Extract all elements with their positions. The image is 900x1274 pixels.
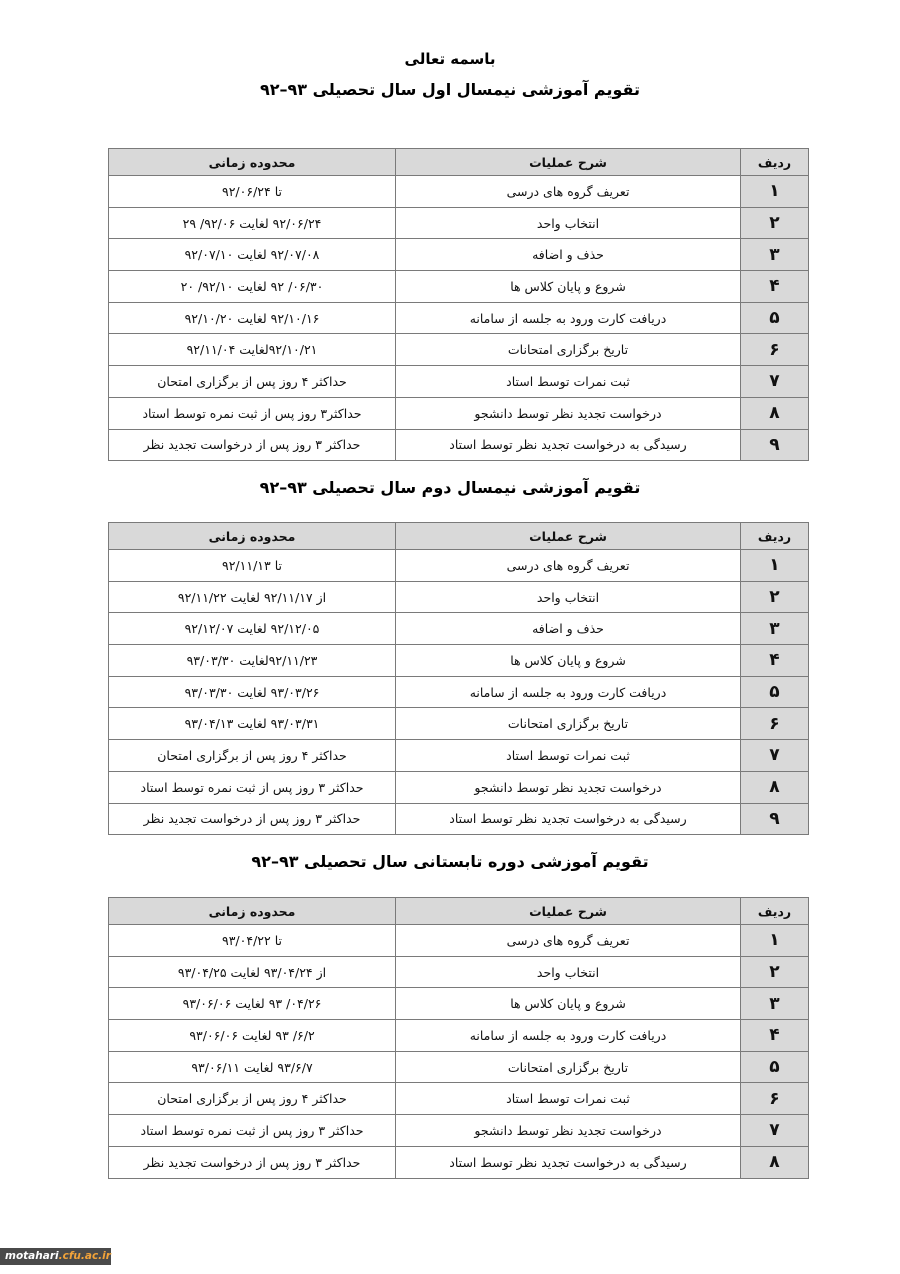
row-number: ۹ (741, 803, 809, 835)
table-row: ۱تعریف گروه های درسیتا ۹۲/۰۶/۲۴ (109, 176, 809, 208)
table-row: ۱تعریف گروه های درسیتا ۹۳/۰۴/۲۲ (109, 925, 809, 957)
row-number: ۳ (741, 239, 809, 271)
row-number: ۱ (741, 925, 809, 957)
row-number: ۷ (741, 1115, 809, 1147)
row-number: ۲ (741, 207, 809, 239)
row-description: انتخاب واحد (396, 581, 741, 613)
table-row: ۵دریافت کارت ورود به جلسه از سامانه۹۳/۰۳… (109, 676, 809, 708)
row-description: ثبت نمرات توسط استاد (396, 740, 741, 772)
table-row: ۶تاریخ برگزاری امتحانات۹۲/۱۰/۲۱لغایت ۹۲/… (109, 334, 809, 366)
table-body: ۱تعریف گروه های درسیتا ۹۳/۰۴/۲۲۲انتخاب و… (109, 925, 809, 1179)
row-number: ۲ (741, 956, 809, 988)
table-header-row: ردیف شرح عملیات محدوده زمانی (109, 149, 809, 176)
row-time-range: حداکثر ۳ روز پس از ثبت نمره توسط استاد (109, 1115, 396, 1147)
row-description: شروع و پایان کلاس ها (396, 645, 741, 677)
row-time-range: ۰۴/۲۶/ ۹۳ لغایت ۹۳/۰۶/۰۶ (109, 988, 396, 1020)
table-row: ۶تاریخ برگزاری امتحانات۹۳/۰۳/۳۱ لغایت ۹۳… (109, 708, 809, 740)
row-number: ۵ (741, 1051, 809, 1083)
row-time-range: از ۹۲/۱۱/۱۷ لغایت ۹۲/۱۱/۲۲ (109, 581, 396, 613)
table-row: ۱تعریف گروه های درسیتا ۹۲/۱۱/۱۳ (109, 550, 809, 582)
table-row: ۷ثبت نمرات توسط استادحداکثر ۴ روز پس از … (109, 366, 809, 398)
row-time-range: ۹۲/۰۶/۲۴ لغایت ۹۲/۰۶/ ۲۹ (109, 207, 396, 239)
bismillah-heading: باسمه تعالی (0, 50, 900, 68)
table-row: ۶ثبت نمرات توسط استادحداکثر ۴ روز پس از … (109, 1083, 809, 1115)
table-row: ۴شروع و پایان کلاس ها۰۶/۳۰/ ۹۲ لغایت ۹۲/… (109, 271, 809, 303)
table-header-row: ردیف شرح عملیات محدوده زمانی (109, 898, 809, 925)
row-number: ۳ (741, 988, 809, 1020)
row-number: ۶ (741, 1083, 809, 1115)
table-row: ۳حذف و اضافه۹۲/۰۷/۰۸ لغایت ۹۲/۰۷/۱۰ (109, 239, 809, 271)
row-number: ۶ (741, 334, 809, 366)
column-header-time-range: محدوده زمانی (109, 149, 396, 176)
row-time-range: تا ۹۲/۰۶/۲۴ (109, 176, 396, 208)
section-title-semester-2: تقویم آموزشی نیمسال دوم سال تحصیلی ۹۳–۹۲ (0, 478, 900, 497)
row-description: دریافت کارت ورود به جلسه از سامانه (396, 302, 741, 334)
row-description: انتخاب واحد (396, 207, 741, 239)
column-header-description: شرح عملیات (396, 149, 741, 176)
row-description: رسیدگی به درخواست تجدید نظر توسط استاد (396, 803, 741, 835)
table-row: ۸رسیدگی به درخواست تجدید نظر توسط استادح… (109, 1146, 809, 1178)
row-number: ۱ (741, 176, 809, 208)
row-description: تاریخ برگزاری امتحانات (396, 1051, 741, 1083)
row-number: ۷ (741, 740, 809, 772)
table-row: ۵تاریخ برگزاری امتحانات۹۳/۶/۷ لغایت ۹۳/۰… (109, 1051, 809, 1083)
table-row: ۲انتخاب واحداز ۹۳/۰۴/۲۴ لغایت ۹۳/۰۴/۲۵ (109, 956, 809, 988)
row-number: ۸ (741, 1146, 809, 1178)
row-description: شروع و پایان کلاس ها (396, 988, 741, 1020)
column-header-radif: ردیف (741, 898, 809, 925)
row-description: درخواست تجدید نظر توسط دانشجو (396, 397, 741, 429)
section-title-summer: تقویم آموزشی دوره تابستانی سال تحصیلی ۹۳… (0, 852, 900, 871)
column-header-description: شرح عملیات (396, 898, 741, 925)
row-description: رسیدگی به درخواست تجدید نظر توسط استاد (396, 429, 741, 461)
column-header-description: شرح عملیات (396, 523, 741, 550)
table-header-row: ردیف شرح عملیات محدوده زمانی (109, 523, 809, 550)
row-number: ۱ (741, 550, 809, 582)
section-title-semester-1: تقویم آموزشی نیمسال اول سال تحصیلی ۹۳–۹۲ (0, 80, 900, 99)
row-time-range: ۹۲/۱۰/۱۶ لغایت ۹۲/۱۰/۲۰ (109, 302, 396, 334)
row-number: ۸ (741, 771, 809, 803)
row-number: ۷ (741, 366, 809, 398)
row-number: ۵ (741, 302, 809, 334)
table-body: ۱تعریف گروه های درسیتا ۹۲/۰۶/۲۴۲انتخاب و… (109, 176, 809, 461)
site-watermark-link[interactable]: motahari.cfu.ac.ir (0, 1248, 111, 1265)
row-number: ۵ (741, 676, 809, 708)
table-body: ۱تعریف گروه های درسیتا ۹۲/۱۱/۱۳۲انتخاب و… (109, 550, 809, 835)
table-row: ۹رسیدگی به درخواست تجدید نظر توسط استادح… (109, 429, 809, 461)
column-header-time-range: محدوده زمانی (109, 523, 396, 550)
row-description: حذف و اضافه (396, 613, 741, 645)
row-number: ۴ (741, 271, 809, 303)
row-description: دریافت کارت ورود به جلسه از سامانه (396, 1020, 741, 1052)
row-description: ثبت نمرات توسط استاد (396, 1083, 741, 1115)
row-time-range: ۹۲/۱۰/۲۱لغایت ۹۲/۱۱/۰۴ (109, 334, 396, 366)
table-row: ۷ثبت نمرات توسط استادحداکثر ۴ روز پس از … (109, 740, 809, 772)
row-time-range: حداکثر۳ روز پس از ثبت نمره توسط استاد (109, 397, 396, 429)
row-time-range: تا ۹۳/۰۴/۲۲ (109, 925, 396, 957)
row-description: تعریف گروه های درسی (396, 550, 741, 582)
row-time-range: ۹۲/۱۱/۲۳لغایت ۹۳/۰۳/۳۰ (109, 645, 396, 677)
row-description: تعریف گروه های درسی (396, 176, 741, 208)
row-description: درخواست تجدید نظر توسط دانشجو (396, 1115, 741, 1147)
table-row: ۸درخواست تجدید نظر توسط دانشجوحداکثر ۳ ر… (109, 771, 809, 803)
row-time-range: حداکثر ۴ روز پس از برگزاری امتحان (109, 366, 396, 398)
row-number: ۸ (741, 397, 809, 429)
row-description: انتخاب واحد (396, 956, 741, 988)
watermark-domain-suffix: .cfu.ac.ir (59, 1250, 111, 1262)
row-time-range: تا ۹۲/۱۱/۱۳ (109, 550, 396, 582)
column-header-radif: ردیف (741, 523, 809, 550)
row-time-range: ۹۲/۰۷/۰۸ لغایت ۹۲/۰۷/۱۰ (109, 239, 396, 271)
calendar-table-semester-1: ردیف شرح عملیات محدوده زمانی ۱تعریف گروه… (108, 148, 809, 461)
row-time-range: ۹۳/۶/۷ لغایت ۹۳/۰۶/۱۱ (109, 1051, 396, 1083)
calendar-table-semester-2: ردیف شرح عملیات محدوده زمانی ۱تعریف گروه… (108, 522, 809, 835)
table-row: ۳شروع و پایان کلاس ها۰۴/۲۶/ ۹۳ لغایت ۹۳/… (109, 988, 809, 1020)
row-number: ۹ (741, 429, 809, 461)
row-time-range: ۰۶/۳۰/ ۹۲ لغایت ۹۲/۱۰/ ۲۰ (109, 271, 396, 303)
row-time-range: حداکثر ۴ روز پس از برگزاری امتحان (109, 1083, 396, 1115)
row-description: دریافت کارت ورود به جلسه از سامانه (396, 676, 741, 708)
row-description: حذف و اضافه (396, 239, 741, 271)
row-description: شروع و پایان کلاس ها (396, 271, 741, 303)
row-time-range: حداکثر ۳ روز پس از درخواست تجدید نظر (109, 803, 396, 835)
calendar-table-summer: ردیف شرح عملیات محدوده زمانی ۱تعریف گروه… (108, 897, 809, 1179)
table-row: ۹رسیدگی به درخواست تجدید نظر توسط استادح… (109, 803, 809, 835)
row-number: ۴ (741, 1020, 809, 1052)
row-description: رسیدگی به درخواست تجدید نظر توسط استاد (396, 1146, 741, 1178)
row-time-range: حداکثر ۳ روز پس از درخواست تجدید نظر (109, 1146, 396, 1178)
row-description: ثبت نمرات توسط استاد (396, 366, 741, 398)
row-description: تعریف گروه های درسی (396, 925, 741, 957)
table-row: ۸درخواست تجدید نظر توسط دانشجوحداکثر۳ رو… (109, 397, 809, 429)
row-number: ۳ (741, 613, 809, 645)
row-time-range: حداکثر ۳ روز پس از ثبت نمره توسط استاد (109, 771, 396, 803)
table-row: ۷درخواست تجدید نظر توسط دانشجوحداکثر ۳ ر… (109, 1115, 809, 1147)
row-number: ۶ (741, 708, 809, 740)
watermark-domain-name: motahari (5, 1250, 59, 1262)
row-number: ۲ (741, 581, 809, 613)
column-header-radif: ردیف (741, 149, 809, 176)
table-row: ۴دریافت کارت ورود به جلسه از سامانه۶/۲/ … (109, 1020, 809, 1052)
row-time-range: از ۹۳/۰۴/۲۴ لغایت ۹۳/۰۴/۲۵ (109, 956, 396, 988)
table-row: ۴شروع و پایان کلاس ها۹۲/۱۱/۲۳لغایت ۹۳/۰۳… (109, 645, 809, 677)
row-description: تاریخ برگزاری امتحانات (396, 334, 741, 366)
column-header-time-range: محدوده زمانی (109, 898, 396, 925)
row-time-range: ۹۳/۰۳/۲۶ لغایت ۹۳/۰۳/۳۰ (109, 676, 396, 708)
row-time-range: حداکثر ۴ روز پس از برگزاری امتحان (109, 740, 396, 772)
row-number: ۴ (741, 645, 809, 677)
table-row: ۳حذف و اضافه۹۲/۱۲/۰۵ لغایت ۹۲/۱۲/۰۷ (109, 613, 809, 645)
row-description: درخواست تجدید نظر توسط دانشجو (396, 771, 741, 803)
row-description: تاریخ برگزاری امتحانات (396, 708, 741, 740)
row-time-range: ۹۲/۱۲/۰۵ لغایت ۹۲/۱۲/۰۷ (109, 613, 396, 645)
row-time-range: ۶/۲/ ۹۳ لغایت ۹۳/۰۶/۰۶ (109, 1020, 396, 1052)
row-time-range: ۹۳/۰۳/۳۱ لغایت ۹۳/۰۴/۱۳ (109, 708, 396, 740)
row-time-range: حداکثر ۳ روز پس از درخواست تجدید نظر (109, 429, 396, 461)
table-row: ۲انتخاب واحداز ۹۲/۱۱/۱۷ لغایت ۹۲/۱۱/۲۲ (109, 581, 809, 613)
table-row: ۲انتخاب واحد۹۲/۰۶/۲۴ لغایت ۹۲/۰۶/ ۲۹ (109, 207, 809, 239)
table-row: ۵دریافت کارت ورود به جلسه از سامانه۹۲/۱۰… (109, 302, 809, 334)
